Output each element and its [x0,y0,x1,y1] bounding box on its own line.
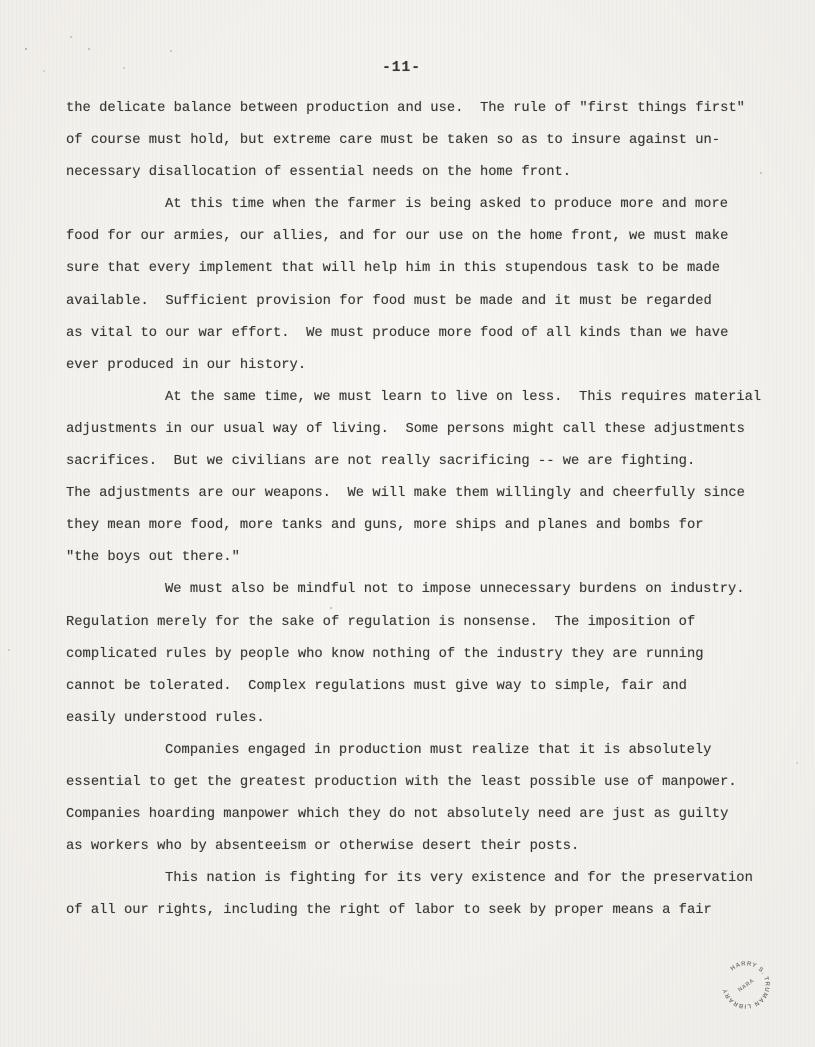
stamp-graphic: HARRY S. TRUMAN LIBRARY NARA [706,945,785,1024]
text-line: We must also be mindful not to impose un… [66,574,766,606]
text-line: The adjustments are our weapons. We will… [66,478,766,510]
stamp-center-text: NARA [737,978,755,994]
text-line: At this time when the farmer is being as… [66,189,766,221]
text-line: as vital to our war effort. We must prod… [66,318,766,350]
text-line: the delicate balance between production … [66,93,766,125]
paper-specks [0,0,2,2]
text-line: of course must hold, but extreme care mu… [66,125,766,157]
text-line: adjustments in our usual way of living. … [66,414,766,446]
text-line: complicated rules by people who know not… [66,639,766,671]
text-line: they mean more food, more tanks and guns… [66,510,766,542]
page-number: -11- [0,60,803,76]
text-line: of all our rights, including the right o… [66,895,766,927]
truman-library-stamp: HARRY S. TRUMAN LIBRARY NARA [706,945,785,1024]
text-line: This nation is fighting for its very exi… [66,863,766,895]
text-line: Companies engaged in production must rea… [66,735,766,767]
text-line: sacrifices. But we civilians are not rea… [66,446,766,478]
text-line: food for our armies, our allies, and for… [66,221,766,253]
text-line: essential to get the greatest production… [66,767,766,799]
text-line: ever produced in our history. [66,350,766,382]
text-line: sure that every implement that will help… [66,253,766,285]
text-line: Regulation merely for the sake of regula… [66,607,766,639]
text-line: "the boys out there." [66,542,766,574]
text-line: cannot be tolerated. Complex regulations… [66,671,766,703]
text-line: as workers who by absenteeism or otherwi… [66,831,766,863]
text-line: easily understood rules. [66,703,766,735]
document-text: the delicate balance between production … [66,93,766,927]
text-line: necessary disallocation of essential nee… [66,157,766,189]
text-line: available. Sufficient provision for food… [66,286,766,318]
text-line: Companies hoarding manpower which they d… [66,799,766,831]
text-line: At the same time, we must learn to live … [66,382,766,414]
